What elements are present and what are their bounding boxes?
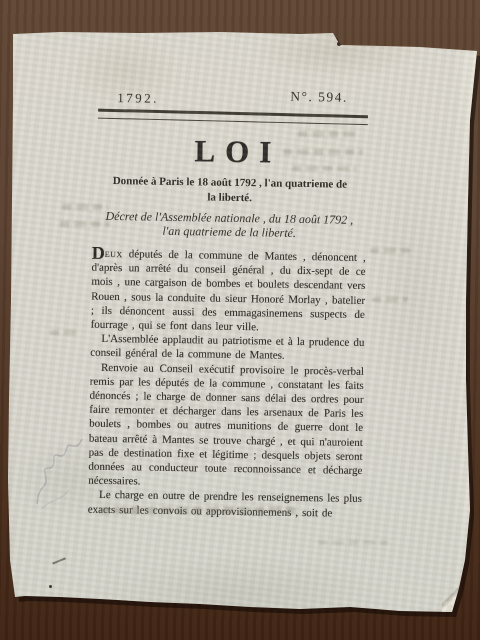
paragraph-3: Renvoie au Conseil exécutif provisoire l… [88, 360, 364, 492]
show-through-ghost [283, 149, 363, 155]
photo-of-document: 1792. N°. 594. LOI Donnée à Paris le 18 … [0, 0, 480, 640]
show-through-ghost [50, 330, 76, 335]
show-through-ghost [318, 540, 388, 545]
header-issue-number: N°. 594. [290, 89, 348, 106]
body-text: Deux députés de la commune de Mantes , d… [88, 247, 366, 521]
handwritten-margin-mark [19, 424, 110, 518]
paragraph-2: L'Assemblée applaudit au patriotisme et … [90, 332, 364, 365]
drop-cap-initial: D [92, 243, 105, 263]
show-through-ghost [62, 204, 108, 210]
document-paper-sheet: 1792. N°. 594. LOI Donnée à Paris le 18 … [0, 0, 480, 640]
show-through-ghost [298, 131, 360, 137]
double-rule-divider [98, 109, 368, 126]
show-through-ghost [60, 221, 110, 227]
show-through-ghost [372, 297, 408, 302]
lead-word-smallcaps: eux [105, 248, 123, 260]
document-subtitle: Donnée à Paris le 18 août 1792 , l'an qu… [94, 174, 366, 208]
paper-fiber-mark [52, 557, 66, 564]
paper-speck [49, 585, 52, 588]
paragraph-1-text: députés de la commune de Mantes , dénonc… [91, 248, 366, 333]
paragraph-4: Le charge en outre de prendre les rensei… [88, 488, 362, 521]
paragraph-1: Deux députés de la commune de Mantes , d… [91, 247, 366, 337]
decree-heading: Décret de l'Assemblée nationale , du 18 … [86, 209, 372, 241]
show-through-imprint-line [100, 507, 295, 514]
show-through-ghost [370, 248, 412, 253]
show-through-ghost [292, 166, 356, 171]
printed-content: 1792. N°. 594. LOI Donnée à Paris le 18 … [2, 0, 480, 4]
header-year: 1792. [117, 90, 159, 107]
